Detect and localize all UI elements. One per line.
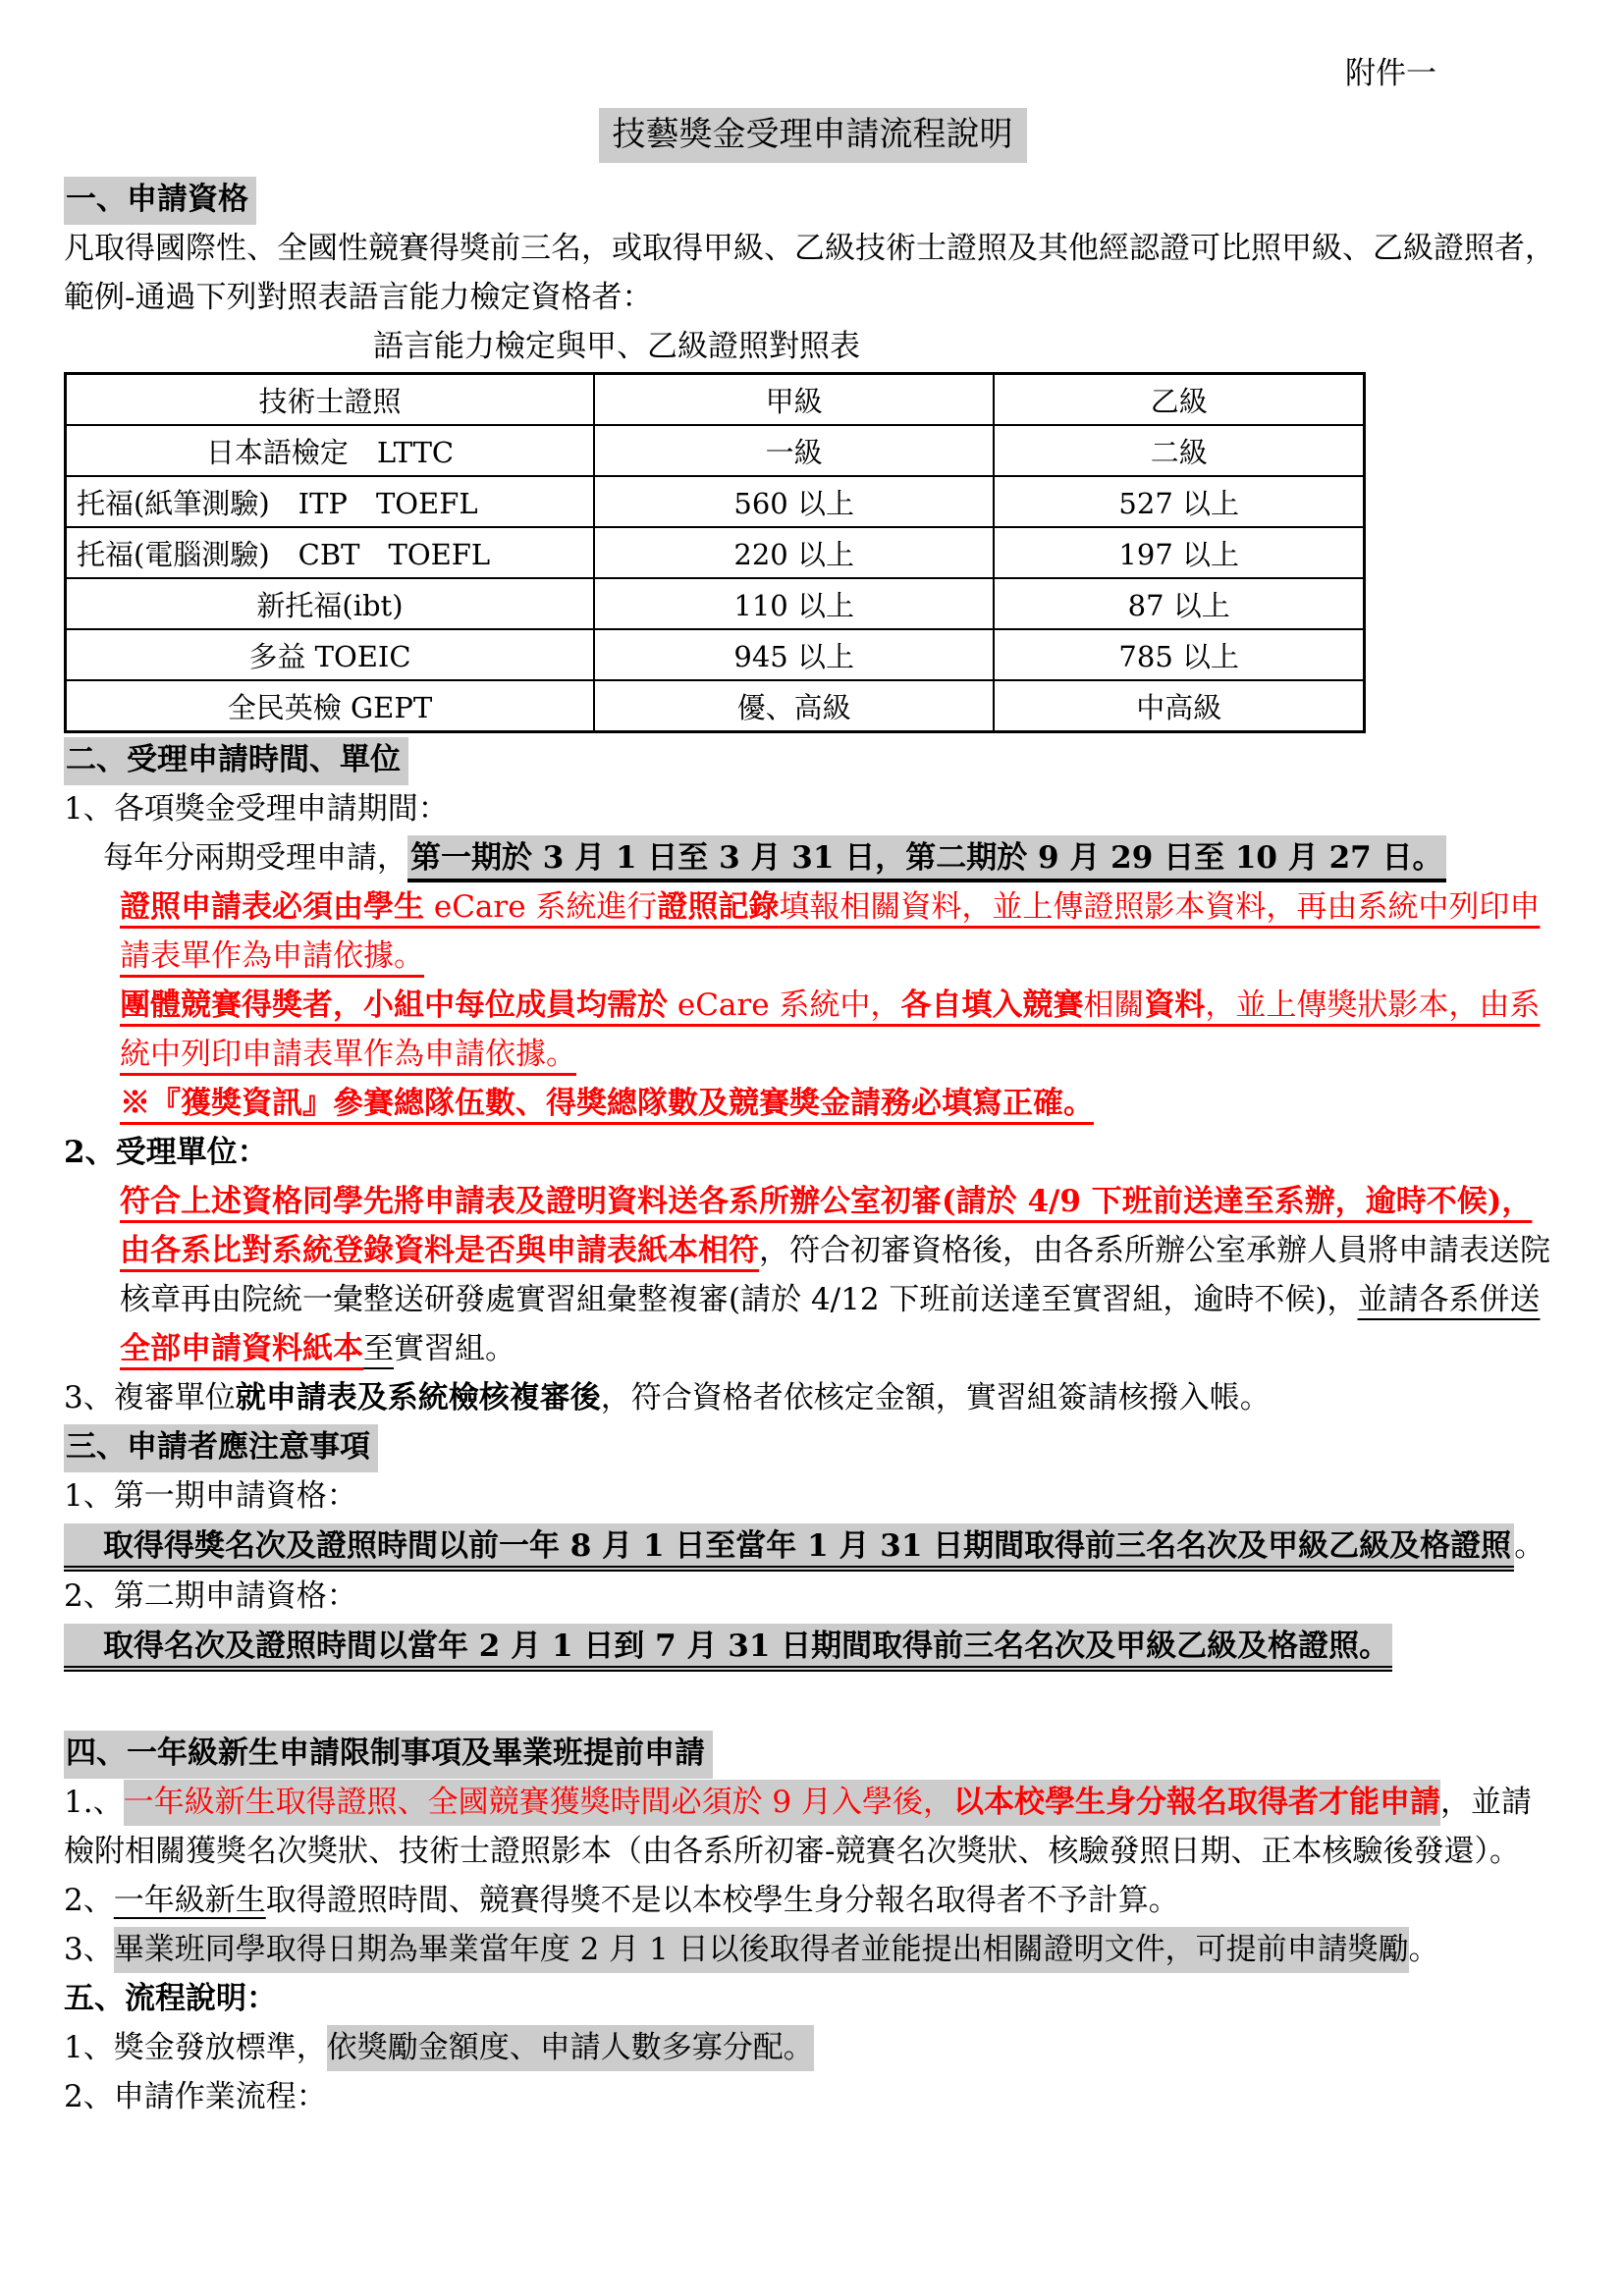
- section2-item2-label: 2、受理單位：: [64, 1128, 1561, 1177]
- text-run: eCare 系統進行: [424, 889, 657, 925]
- section5-item2: 2、申請作業流程：: [64, 2072, 1561, 2121]
- distribution-highlight: 依獎勵金額度、申請人數多寡分配。: [327, 2025, 814, 2071]
- ecare-team-note: 團體競賽得獎者，小組中每位成員均需於 eCare 系統中，各自填入競賽相關資料，…: [64, 981, 1561, 1079]
- eligibility-highlight: 取得名次及證照時間以當年 2 月 1 日到 7 月 31 日期間取得前三名名次及…: [64, 1624, 1392, 1672]
- section1-intro: 凡取得國際性、全國性競賽得獎前三名，或取得甲級、乙級技術士證照及其他經認證可比照…: [64, 224, 1561, 322]
- text-run: 1、獎金發放標準，: [64, 2030, 327, 2065]
- cell-cert: 托福(紙筆測驗) ITP TOEFL: [66, 476, 594, 527]
- table-header-row: 技術士證照 甲級 乙級: [66, 374, 1365, 426]
- text-run: ，符合資格者依核定金額，實習組簽請核撥入帳。: [601, 1380, 1271, 1415]
- text-run: 1.、: [64, 1785, 124, 1820]
- title-row: 技藝獎金受理申請流程說明: [64, 106, 1561, 169]
- document-page: 附件一 技藝獎金受理申請流程說明 一、申請資格 凡取得國際性、全國性競賽得獎前三…: [0, 0, 1624, 2121]
- cell-b: 785 以上: [994, 629, 1364, 680]
- section3-item1-label: 1、第一期申請資格：: [64, 1471, 1561, 1521]
- table-caption: 語言能力檢定與甲、乙級證照對照表: [373, 322, 1561, 371]
- accepting-unit-paragraph: 符合上述資格同學先將申請表及證明資料送各系所辦公室初審(請於 4/9 下班前送達…: [64, 1177, 1561, 1373]
- cell-a: 110 以上: [594, 578, 994, 629]
- certificate-comparison-table: 技術士證照 甲級 乙級 日本語檢定 LTTC 一級 二級 托福(紙筆測驗) IT…: [64, 372, 1366, 733]
- text-run: 資料: [1144, 988, 1205, 1023]
- table-row: 新托福(ibt) 110 以上 87 以上: [66, 578, 1365, 629]
- text-run: 就申請表及系統檢核複審後: [236, 1380, 601, 1415]
- cell-b: 中高級: [994, 680, 1364, 732]
- section4-item3: 3、畢業班同學取得日期為畢業當年度 2 月 1 日以後取得者並能提出相關證明文件…: [64, 1925, 1561, 1974]
- text-run: 。: [1514, 1528, 1544, 1564]
- section2-item3: 3、複審單位就申請表及系統檢核複審後，符合資格者依核定金額，實習組簽請核撥入帳。: [64, 1373, 1561, 1422]
- text-run: 全部申請資料紙本: [120, 1331, 363, 1366]
- section3-heading-line: 三、申請者應注意事項: [64, 1422, 1561, 1471]
- section4-item1: 1.、一年級新生取得證照、全國競賽獲獎時間必須於 9 月入學後，以本校學生身分報…: [64, 1778, 1561, 1876]
- ecare-certificate-note: 證照申請表必須由學生 eCare 系統進行證照記錄填報相關資料，並上傳證照影本資…: [64, 882, 1561, 981]
- freshman-restriction-highlight-bold: 以本校學生身分報名取得者才能申請: [953, 1780, 1440, 1826]
- section5-heading: 五、流程說明：: [64, 1974, 1561, 2023]
- cell-a: 220 以上: [594, 527, 994, 578]
- text-run: 相關: [1083, 988, 1144, 1023]
- cell-a: 優、高級: [594, 680, 994, 732]
- freshman-restriction-highlight: 一年級新生取得證照、全國競賽獲獎時間必須於 9 月入學後，: [124, 1780, 953, 1826]
- section4-heading: 四、一年級新生申請限制事項及畢業班提前申請: [64, 1731, 713, 1779]
- cell-cert: 新托福(ibt): [66, 578, 594, 629]
- cell-cert: 托福(電腦測驗) CBT TOEFL: [66, 527, 594, 578]
- graduating-class-highlight: 畢業班同學取得日期為畢業當年度 2 月 1 日以後取得者並能提出相關證明文件，可…: [114, 1927, 1409, 1973]
- section1-heading-line: 一、申請資格: [64, 175, 1561, 224]
- section2-heading-line: 二、受理申請時間、單位: [64, 735, 1561, 784]
- cell-b: 197 以上: [994, 527, 1364, 578]
- text-run: 取得證照時間、競賽得獎不是以本校學生身分報名取得者不予計算。: [266, 1883, 1179, 1918]
- cell-b: 二級: [994, 425, 1364, 476]
- text-run: ，: [1440, 1785, 1471, 1820]
- text-run: 3、複審單位: [64, 1380, 236, 1415]
- header-b: 乙級: [994, 374, 1364, 426]
- award-info-note: ※『獲獎資訊』參賽總隊伍數、得獎總隊數及競賽獎金請務必填寫正確。: [64, 1079, 1561, 1128]
- text-run: 證照記錄: [657, 889, 779, 925]
- header-cert: 技術士證照: [66, 374, 594, 426]
- attachment-label: 附件一: [64, 49, 1561, 98]
- text-run: 各自填入競賽: [900, 988, 1083, 1023]
- period-prefix: 每年分兩期受理申請，: [103, 840, 407, 876]
- table-row: 托福(電腦測驗) CBT TOEFL 220 以上 197 以上: [66, 527, 1365, 578]
- cell-cert: 全民英檢 GEPT: [66, 680, 594, 732]
- text-run: 實習組。: [394, 1331, 515, 1366]
- text-run: 2、: [64, 1883, 114, 1918]
- table-row: 日本語檢定 LTTC 一級 二級: [66, 425, 1365, 476]
- section4-item2: 2、一年級新生取得證照時間、競賽得獎不是以本校學生身分報名取得者不予計算。: [64, 1876, 1561, 1925]
- table-row: 多益 TOEIC 945 以上 785 以上: [66, 629, 1365, 680]
- section3-item2-label: 2、第二期申請資格：: [64, 1572, 1561, 1621]
- cell-a: 945 以上: [594, 629, 994, 680]
- text-run: 並請各系併送: [1358, 1282, 1541, 1317]
- cell-a: 一級: [594, 425, 994, 476]
- table-row: 全民英檢 GEPT 優、高級 中高級: [66, 680, 1365, 732]
- cell-cert: 多益 TOEIC: [66, 629, 594, 680]
- section1-heading: 一、申請資格: [64, 177, 256, 225]
- text-run: 3、: [64, 1932, 114, 1967]
- cell-b: 87 以上: [994, 578, 1364, 629]
- application-period-line: 每年分兩期受理申請，第一期於 3 月 1 日至 3 月 31 日，第二期於 9 …: [64, 833, 1561, 882]
- first-period-eligibility: 取得得獎名次及證照時間以前一年 8 月 1 日至當年 1 月 31 日期間取得前…: [64, 1521, 1561, 1572]
- section3-heading: 三、申請者應注意事項: [64, 1424, 378, 1472]
- second-period-eligibility: 取得名次及證照時間以當年 2 月 1 日到 7 月 31 日期間取得前三名名次及…: [64, 1621, 1561, 1672]
- text-run: 一年級新生: [114, 1883, 266, 1918]
- period-highlight: 第一期於 3 月 1 日至 3 月 31 日，第二期於 9 月 29 日至 10…: [407, 835, 1446, 882]
- text-run: 團體競賽得獎者，小組中每位成員均需於: [120, 988, 668, 1023]
- text-run: 。: [1409, 1932, 1439, 1967]
- cell-b: 527 以上: [994, 476, 1364, 527]
- page-title: 技藝獎金受理申請流程說明: [599, 108, 1027, 163]
- section5-item1: 1、獎金發放標準，依獎勵金額度、申請人數多寡分配。: [64, 2023, 1561, 2072]
- text-run: eCare 系統中，: [668, 988, 900, 1023]
- header-a: 甲級: [594, 374, 994, 426]
- eligibility-highlight: 取得得獎名次及證照時間以前一年 8 月 1 日至當年 1 月 31 日期間取得前…: [64, 1523, 1514, 1572]
- text-run: 證照申請表必須由學生: [120, 889, 424, 925]
- table-row: 托福(紙筆測驗) ITP TOEFL 560 以上 527 以上: [66, 476, 1365, 527]
- section4-heading-line: 四、一年級新生申請限制事項及畢業班提前申請: [64, 1729, 1561, 1778]
- cell-a: 560 以上: [594, 476, 994, 527]
- section2-heading: 二、受理申請時間、單位: [64, 737, 408, 785]
- text-run: 至: [363, 1331, 394, 1366]
- cell-cert: 日本語檢定 LTTC: [66, 425, 594, 476]
- section2-item1-label: 1、各項獎金受理申請期間：: [64, 784, 1561, 833]
